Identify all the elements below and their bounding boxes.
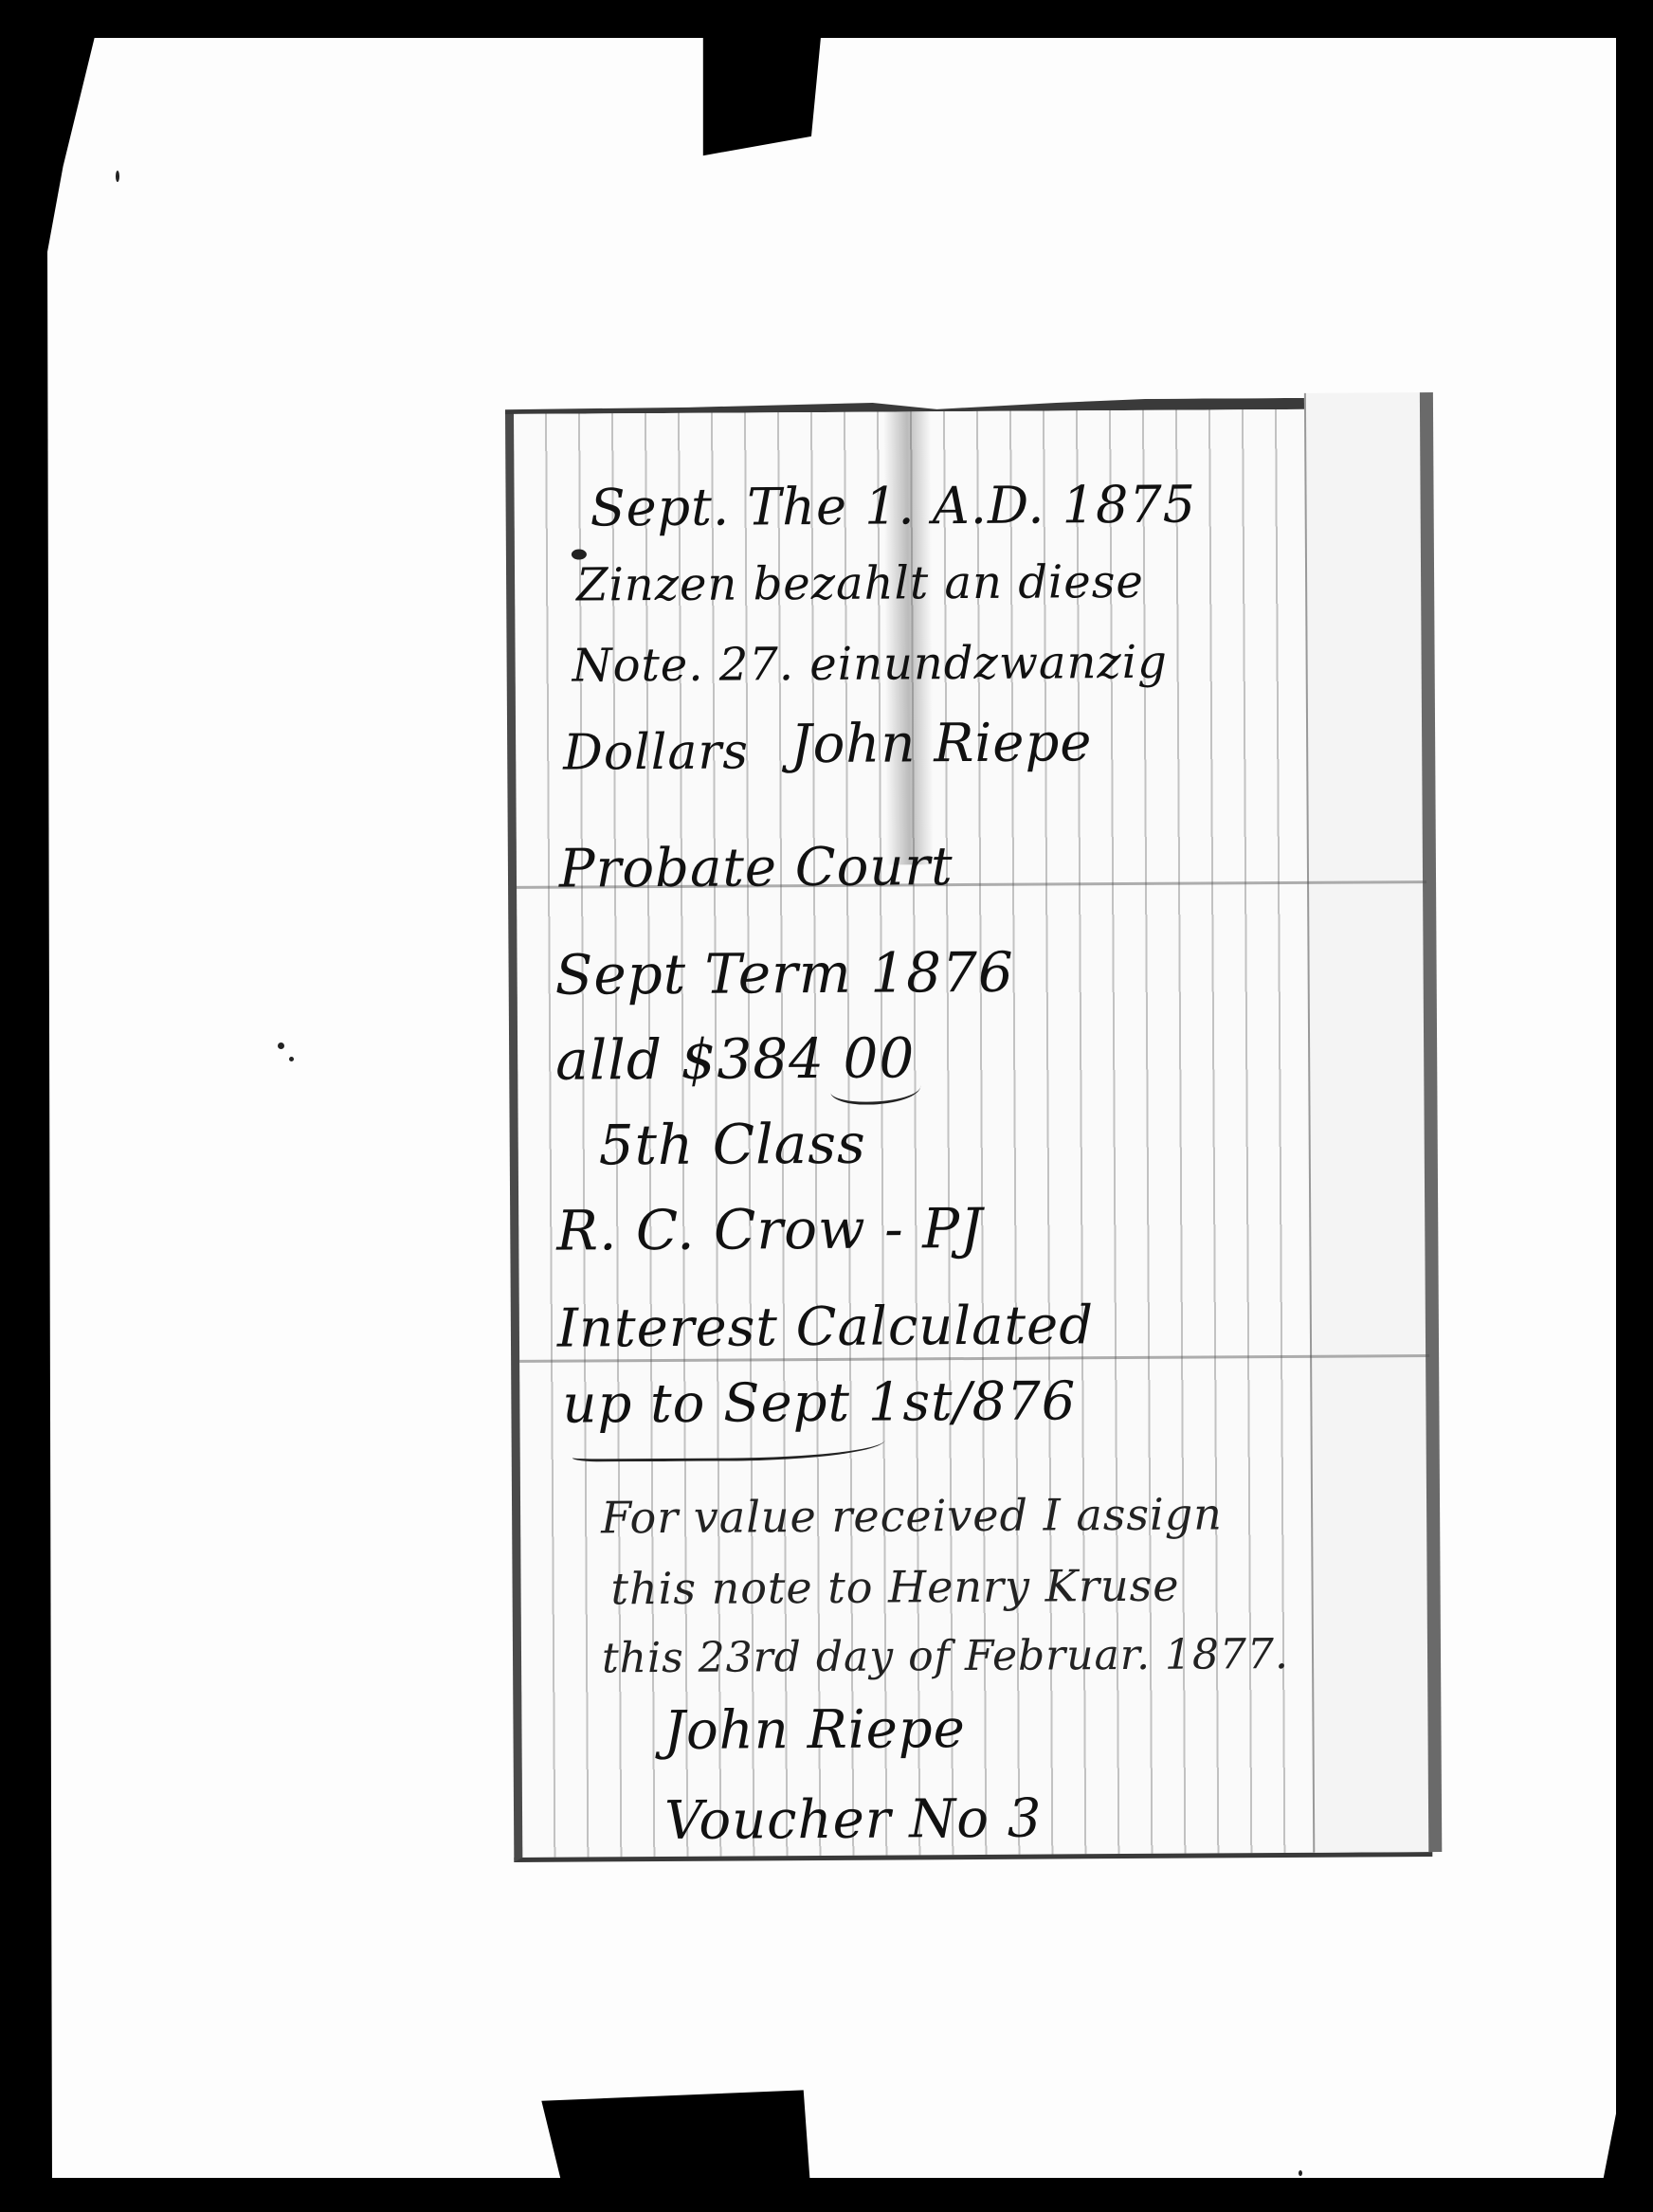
speck-mark [289,1057,294,1061]
interest-underline [572,1420,885,1462]
interest-line1: Interest Calculated [557,1295,1095,1359]
probate-class: 5th Class [599,1112,866,1178]
assignment-line3: this 23rd day of Februar. 1877. [602,1630,1289,1682]
probate-judge: R. C. Crow - PJ [556,1196,984,1263]
assignment-line2: this note to Henry Kruse [610,1560,1179,1615]
german-entry-line2: Zinzen bezahlt an diese [576,555,1144,612]
german-entry-line3: Note. 27. einundzwanzig [572,636,1168,693]
german-entry-line4: Dollars [563,723,749,781]
amount-underline [830,1073,920,1105]
promissory-note: Sept. The 1. A.D. 1875 Zinzen bezahlt an… [505,407,1432,1862]
assignment-signature: John Riepe [663,1698,966,1762]
probate-term: Sept Term 1876 [554,940,1014,1007]
speck-mark [1299,2170,1302,2176]
speck-mark [116,171,119,182]
german-entry-signature: John Riepe [790,712,1093,775]
folded-edge [1304,392,1442,1853]
german-entry-line1: Sept. The 1. A.D. 1875 [590,475,1196,538]
speck-mark [278,1043,284,1049]
probate-court-heading: Probate Court [559,836,954,900]
assignment-line1: For value received I assign [601,1488,1223,1543]
voucher-number: Voucher No 3 [664,1788,1043,1852]
